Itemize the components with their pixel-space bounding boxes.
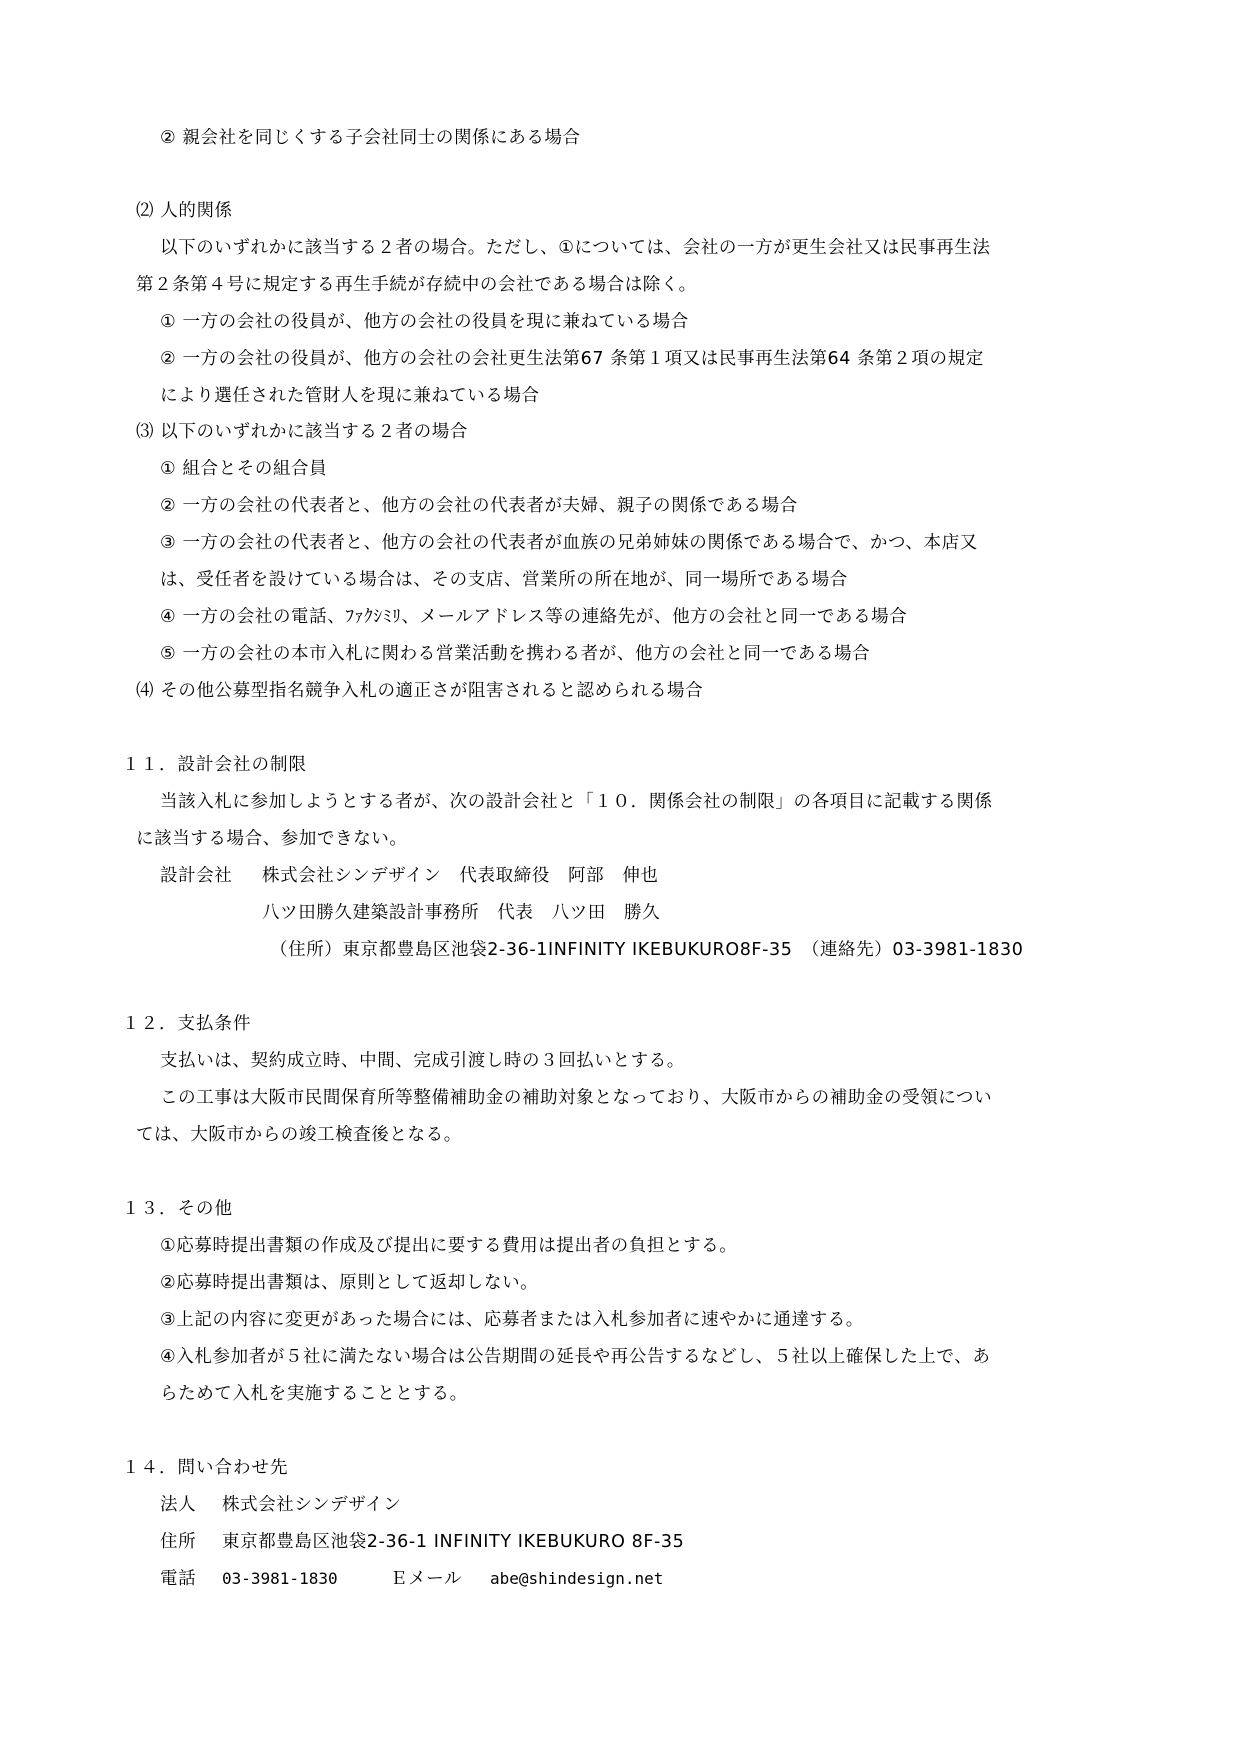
section-12-heading: １２．支払条件: [122, 1013, 252, 1035]
contact-email-value[interactable]: abe@shindesign.net: [490, 1568, 663, 1590]
other-relations-item-5: ⑤ 一方の会社の本市入札に関わる営業活動を携わる者が、他方の会社と同一である場合: [160, 643, 870, 665]
personal-relation-intro-2: 第２条第４号に規定する再生手続が存続中の会社である場合は除く。: [136, 274, 697, 296]
other-relations-item-2: ② 一方の会社の代表者と、他方の会社の代表者が夫婦、親子の関係である場合: [160, 495, 798, 517]
section-13-item-4a: ④入札参加者が５社に満たない場合は公告期間の延長や再公告するなどし、５社以上確保…: [160, 1346, 990, 1368]
contact-email-label: Ｅメール: [390, 1568, 462, 1590]
personal-relation-item-2b: により選任された管財人を現に兼ねている場合: [160, 385, 540, 407]
other-relations-item-3b: は、受任者を設けている場合は、その支店、営業所の所在地が、同一場所である場合: [160, 569, 848, 591]
other-relations-item-4: ④ 一方の会社の電話、ﾌｧｸｼﾐﾘ、メールアドレス等の連絡先が、他方の会社と同一…: [160, 606, 907, 628]
other-relations-item-1: ① 組合とその組合員: [160, 458, 327, 480]
section-11-heading: １１．設計会社の制限: [122, 754, 307, 776]
contact-corp-label: 法人: [160, 1494, 196, 1516]
designer-label: 設計会社: [160, 865, 232, 887]
capital-relation-item-2: ② 親会社を同じくする子会社同士の関係にある場合: [160, 127, 581, 149]
section-12-line-3: ては、大阪市からの竣工検査後となる。: [136, 1124, 462, 1146]
misc-relation-item: ⑷ その他公募型指名競争入札の適正さが阻害されると認められる場合: [136, 680, 703, 702]
other-relations-item-3a: ③ 一方の会社の代表者と、他方の会社の代表者が血族の兄弟姉妹の関係である場合で、…: [160, 532, 978, 554]
document-page: ② 親会社を同じくする子会社同士の関係にある場合 ⑵ 人的関係 以下のいずれかに…: [0, 0, 1241, 1755]
contact-phone-label: 電話: [160, 1568, 196, 1590]
section-13-item-4b: らためて入札を実施することとする。: [160, 1383, 468, 1405]
section-13-item-2: ②応募時提出書類は、原則として返却しない。: [160, 1272, 538, 1294]
designer-address: （住所）東京都豊島区池袋2-36-1INFINITY IKEBUKURO8F-3…: [270, 939, 1024, 961]
designer-1: 株式会社シンデザイン 代表取締役 阿部 伸也: [262, 865, 659, 887]
section-12-line-1: 支払いは、契約成立時、中間、完成引渡し時の３回払いとする。: [160, 1050, 685, 1072]
contact-address-label: 住所: [160, 1531, 196, 1553]
contact-address-value: 東京都豊島区池袋2-36-1 INFINITY IKEBUKURO 8F-35: [222, 1531, 684, 1553]
section-11-body-2: に該当する場合、参加できない。: [136, 828, 408, 850]
section-11-body-1: 当該入札に参加しようとする者が、次の設計会社と「１０．関係会社の制限」の各項目に…: [160, 791, 993, 813]
section-13-heading: １３．その他: [122, 1198, 233, 1220]
designer-2: 八ツ田勝久建築設計事務所 代表 八ツ田 勝久: [262, 902, 660, 924]
section-12-line-2: この工事は大阪市民間保育所等整備補助金の補助対象となっており、大阪市からの補助金…: [160, 1087, 992, 1109]
contact-corp-value: 株式会社シンデザイン: [222, 1494, 401, 1516]
personal-relation-item-2a: ② 一方の会社の役員が、他方の会社の会社更生法第67 条第１項又は民事再生法第6…: [160, 348, 984, 370]
personal-relation-item-1: ① 一方の会社の役員が、他方の会社の役員を現に兼ねている場合: [160, 311, 689, 333]
personal-relation-heading: ⑵ 人的関係: [136, 200, 233, 222]
contact-phone-value: 03-3981-1830: [222, 1568, 338, 1590]
section-13-item-3: ③上記の内容に変更があった場合には、応募者または入札参加者に速やかに通達する。: [160, 1309, 864, 1331]
section-13-item-1: ①応募時提出書類の作成及び提出に要する費用は提出者の負担とする。: [160, 1235, 737, 1257]
other-relations-heading: ⑶ 以下のいずれかに該当する２者の場合: [136, 421, 468, 443]
personal-relation-intro-1: 以下のいずれかに該当する２者の場合。ただし、①については、会社の一方が更生会社又…: [160, 237, 990, 259]
section-14-heading: １４．問い合わせ先: [122, 1457, 289, 1479]
